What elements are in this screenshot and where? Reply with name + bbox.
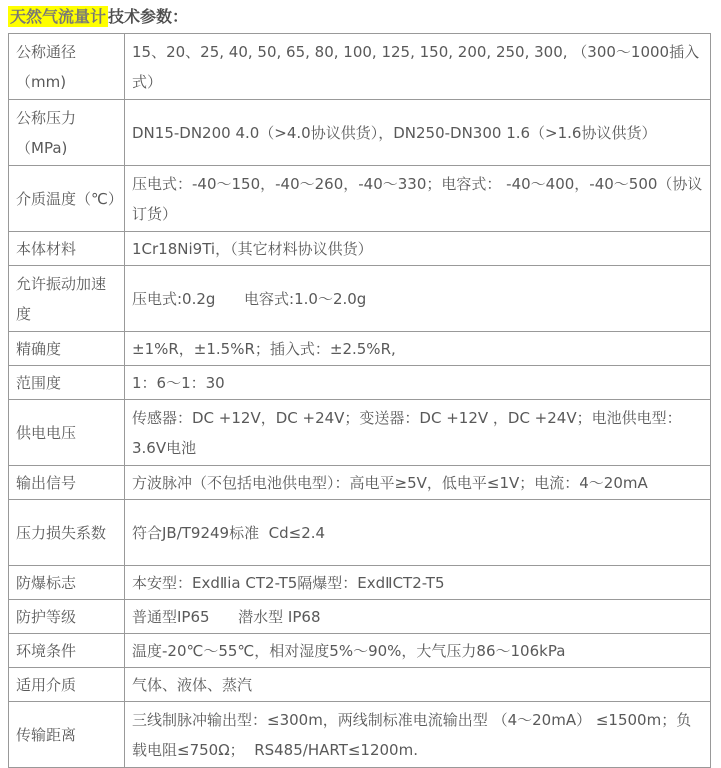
spec-label: 精确度 bbox=[9, 332, 125, 366]
table-row: 输出信号 方波脉冲（不包括电池供电型）：高电平≥5V，低电平≤1V；电流：4～2… bbox=[9, 466, 711, 500]
table-row: 精确度 ±1%R，±1.5%R；插入式：±2.5%R, bbox=[9, 332, 711, 366]
spec-label: 范围度 bbox=[9, 366, 125, 400]
spec-value: 三线制脉冲输出型：≤300m，两线制标准电流输出型 （4～20mA） ≤1500… bbox=[125, 702, 711, 768]
spec-value: 传感器：DC +12V，DC +24V；变送器：DC +12V ，DC +24V… bbox=[125, 400, 711, 466]
table-row: 防爆标志 本安型：ExdⅡia CT2-T5隔爆型：ExdⅡCT2-T5 bbox=[9, 566, 711, 600]
title-suffix: 技术参数： bbox=[108, 7, 188, 26]
table-row: 传输距离 三线制脉冲输出型：≤300m，两线制标准电流输出型 （4～20mA） … bbox=[9, 702, 711, 768]
spec-value: 压电式：-40～150，-40～260，-40～330；电容式： -40～400… bbox=[125, 166, 711, 232]
spec-value: 1Cr18Ni9Ti，（其它材料协议供货） bbox=[125, 232, 711, 266]
table-row: 防护等级 普通型IP65 潜水型 IP68 bbox=[9, 600, 711, 634]
title-keyword-highlight: 天然气流量计 bbox=[8, 6, 108, 27]
table-row: 本体材料 1Cr18Ni9Ti，（其它材料协议供货） bbox=[9, 232, 711, 266]
table-row: 环境条件 温度-20℃～55℃，相对湿度5%～90%，大气压力86～106kPa bbox=[9, 634, 711, 668]
spec-table: 公称通径（mm) 15、20、25, 40, 50, 65, 80, 100, … bbox=[8, 33, 711, 768]
spec-label: 防护等级 bbox=[9, 600, 125, 634]
spec-label: 允许振动加速度 bbox=[9, 266, 125, 332]
spec-value: 气体、液体、蒸汽 bbox=[125, 668, 711, 702]
table-row: 供电电压 传感器：DC +12V，DC +24V；变送器：DC +12V ，DC… bbox=[9, 400, 711, 466]
table-row: 范围度 1：6～1：30 bbox=[9, 366, 711, 400]
spec-value: DN15-DN200 4.0（>4.0协议供货），DN250-DN300 1.6… bbox=[125, 100, 711, 166]
spec-value: 本安型：ExdⅡia CT2-T5隔爆型：ExdⅡCT2-T5 bbox=[125, 566, 711, 600]
spec-label: 介质温度（℃） bbox=[9, 166, 125, 232]
table-row: 公称压力（MPa) DN15-DN200 4.0（>4.0协议供货），DN250… bbox=[9, 100, 711, 166]
spec-label: 传输距离 bbox=[9, 702, 125, 768]
spec-value: 1：6～1：30 bbox=[125, 366, 711, 400]
spec-value: 符合JB/T9249标准 Cd≤2.4 bbox=[125, 500, 711, 566]
spec-label: 供电电压 bbox=[9, 400, 125, 466]
spec-value: 15、20、25, 40, 50, 65, 80, 100, 125, 150,… bbox=[125, 34, 711, 100]
table-row: 压力损失系数 符合JB/T9249标准 Cd≤2.4 bbox=[9, 500, 711, 566]
spec-label: 适用介质 bbox=[9, 668, 125, 702]
spec-value: 温度-20℃～55℃，相对湿度5%～90%，大气压力86～106kPa bbox=[125, 634, 711, 668]
spec-value: ±1%R，±1.5%R；插入式：±2.5%R, bbox=[125, 332, 711, 366]
spec-label: 防爆标志 bbox=[9, 566, 125, 600]
spec-label: 公称压力（MPa) bbox=[9, 100, 125, 166]
table-row: 公称通径（mm) 15、20、25, 40, 50, 65, 80, 100, … bbox=[9, 34, 711, 100]
table-row: 适用介质 气体、液体、蒸汽 bbox=[9, 668, 711, 702]
table-row: 允许振动加速度 压电式:0.2g 电容式:1.0～2.0g bbox=[9, 266, 711, 332]
spec-label: 本体材料 bbox=[9, 232, 125, 266]
spec-label: 输出信号 bbox=[9, 466, 125, 500]
spec-value: 普通型IP65 潜水型 IP68 bbox=[125, 600, 711, 634]
spec-value: 压电式:0.2g 电容式:1.0～2.0g bbox=[125, 266, 711, 332]
table-row: 介质温度（℃） 压电式：-40～150，-40～260，-40～330；电容式：… bbox=[9, 166, 711, 232]
page: 天然气流量计技术参数： 公称通径（mm) 15、20、25, 40, 50, 6… bbox=[0, 0, 721, 768]
page-title: 天然气流量计技术参数： bbox=[8, 6, 713, 28]
spec-label: 环境条件 bbox=[9, 634, 125, 668]
spec-label: 公称通径（mm) bbox=[9, 34, 125, 100]
spec-label: 压力损失系数 bbox=[9, 500, 125, 566]
spec-value: 方波脉冲（不包括电池供电型）：高电平≥5V，低电平≤1V；电流：4～20mA bbox=[125, 466, 711, 500]
